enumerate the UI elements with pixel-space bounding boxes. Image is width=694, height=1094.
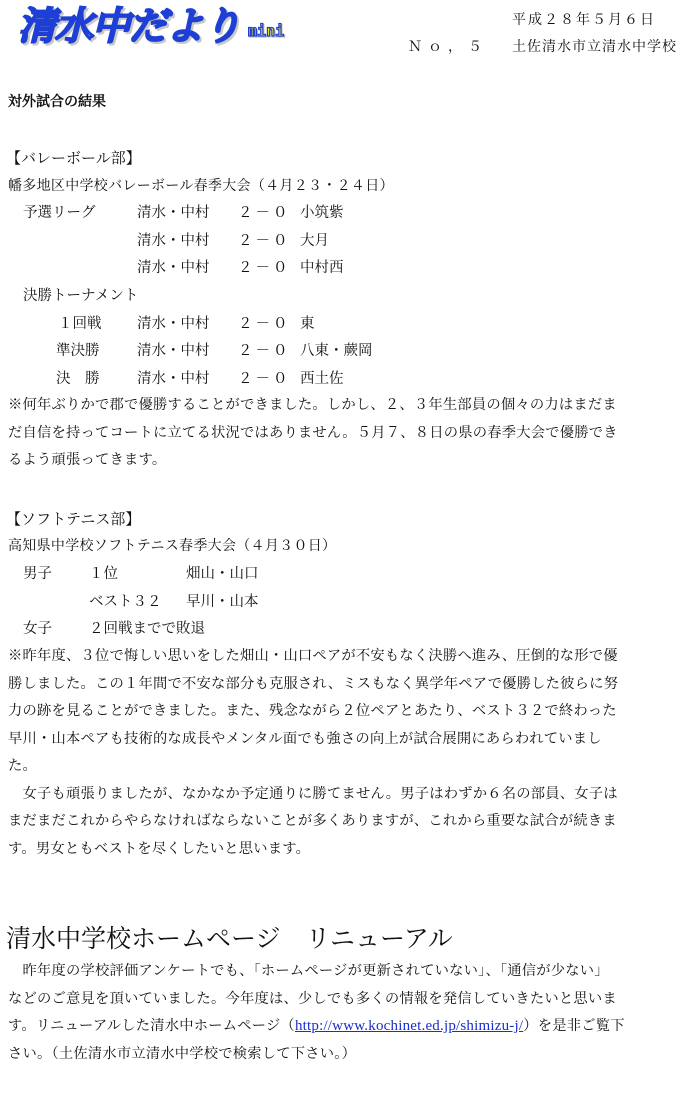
result: １位: [89, 565, 118, 583]
comment-line: た。: [8, 753, 692, 781]
section-title-homepage-renewal: 清水中学校ホームページ リニューアル: [6, 924, 453, 954]
result: ベスト３２: [89, 593, 162, 611]
opponent: 小筑紫: [300, 204, 344, 222]
issue-date: 平成２８年５月６日: [512, 9, 656, 29]
round-label: 準決勝: [56, 342, 100, 360]
division: 女子: [23, 620, 52, 638]
text: す。リニューアルした清水中ホームページ（: [8, 1018, 295, 1034]
school-homepage-link[interactable]: http://www.kochinet.ed.jp/shimizu-j/: [295, 1018, 523, 1034]
players: 畑山・山口: [186, 565, 259, 583]
volleyball-comment: ※何年ぶりかで郡で優勝することができました。しかし、２、３年生部員の個々の力はま…: [8, 392, 692, 475]
issue-number: Ｎｏ，５: [408, 36, 488, 56]
comment-line: 力の跡を見ることができました。また、残念ながら２位ペアとあたり、ベスト３２で終わ…: [8, 698, 692, 726]
school-name: 土佐清水市立清水中学校: [512, 36, 677, 56]
division: 男子: [23, 565, 52, 583]
comment-line: 早川・山本ペアも技術的な成長やメンタル面でも強さの向上が試合展開にあらわれていま…: [8, 726, 692, 754]
result: ２回戦までで敗退: [89, 620, 205, 638]
team-name: 清水・中村: [137, 370, 210, 388]
round-label: １回戦: [58, 315, 102, 333]
opponent: 西土佐: [300, 370, 344, 388]
opponent: 大月: [300, 232, 329, 250]
homepage-paragraph: 昨年度の学校評価アンケートでも、「ホームページが更新されていない」、「通信が少な…: [8, 958, 692, 1068]
paragraph-line: などのご意見を頂いていました。今年度は、少しでも多くの情報を発信していきたいと思…: [8, 986, 692, 1014]
logo-suffix: mini: [248, 22, 284, 40]
paragraph-line-with-link: す。リニューアルした清水中ホームページ（http://www.kochinet.…: [8, 1013, 692, 1041]
newsletter-logo: 清水中だより mini: [18, 0, 284, 48]
score: ２－０: [238, 342, 291, 360]
comment-line: ※何年ぶりかで郡で優勝することができました。しかし、２、３年生部員の個々の力はま…: [8, 392, 692, 420]
score: ２－０: [238, 259, 291, 277]
score: ２－０: [238, 370, 291, 388]
team-name: 清水・中村: [137, 342, 210, 360]
score: ２－０: [238, 315, 291, 333]
comment-line: 女子も頑張りましたが、なかなか予定通りに勝てません。男子はわずか６名の部員、女子…: [8, 781, 692, 809]
opponent: 八東・蕨岡: [300, 342, 373, 360]
text: ）を是非ご覧下: [523, 1018, 624, 1034]
players: 早川・山本: [186, 593, 259, 611]
club-heading-volleyball: 【バレーボール部】: [6, 149, 141, 167]
comment-line: す。男女ともベストを尽くしたいと思います。: [8, 836, 692, 864]
team-name: 清水・中村: [137, 204, 210, 222]
paragraph-line: 昨年度の学校評価アンケートでも、「ホームページが更新されていない」、「通信が少な…: [8, 958, 692, 986]
comment-line: ※昨年度、３位で悔しい思いをした畑山・山口ペアが不安もなく決勝へ進み、圧倒的な形…: [8, 643, 692, 671]
team-name: 清水・中村: [137, 259, 210, 277]
section-title-match-results: 対外試合の結果: [8, 93, 106, 111]
comment-line: るよう頑張ってきます。: [8, 447, 692, 475]
team-name: 清水・中村: [137, 315, 210, 333]
score: ２－０: [238, 232, 291, 250]
comment-line: まだまだこれからやらなければならないことが多くありますが、これから重要な試合が続…: [8, 808, 692, 836]
opponent: 東: [300, 315, 315, 333]
paragraph-line: さい。（土佐清水市立清水中学校で検索して下さい。）: [8, 1041, 692, 1069]
comment-line: だ自信を持ってコートに立てる状況ではありません。５月７、８日の県の春季大会で優勝…: [8, 420, 692, 448]
stage-label: 予選リーグ: [23, 204, 96, 222]
softtennis-comment: ※昨年度、３位で悔しい思いをした畑山・山口ペアが不安もなく決勝へ進み、圧倒的な形…: [8, 643, 692, 863]
tournament-title-volleyball: 幡多地区中学校バレーボール春季大会（４月２３・２４日）: [8, 177, 394, 195]
opponent: 中村西: [300, 259, 344, 277]
team-name: 清水・中村: [137, 232, 210, 250]
stage-label-final: 決勝トーナメント: [23, 287, 138, 305]
round-label: 決 勝: [56, 370, 100, 388]
comment-line: 勝しました。この１年間で不安な部分も克服され、ミスもなく異学年ペアで優勝した彼ら…: [8, 671, 692, 699]
tournament-title-softtennis: 高知県中学校ソフトテニス春季大会（４月３０日）: [8, 537, 336, 555]
club-heading-softtennis: 【ソフトテニス部】: [6, 510, 140, 528]
logo-title: 清水中だより: [18, 4, 240, 48]
score: ２－０: [238, 204, 291, 222]
